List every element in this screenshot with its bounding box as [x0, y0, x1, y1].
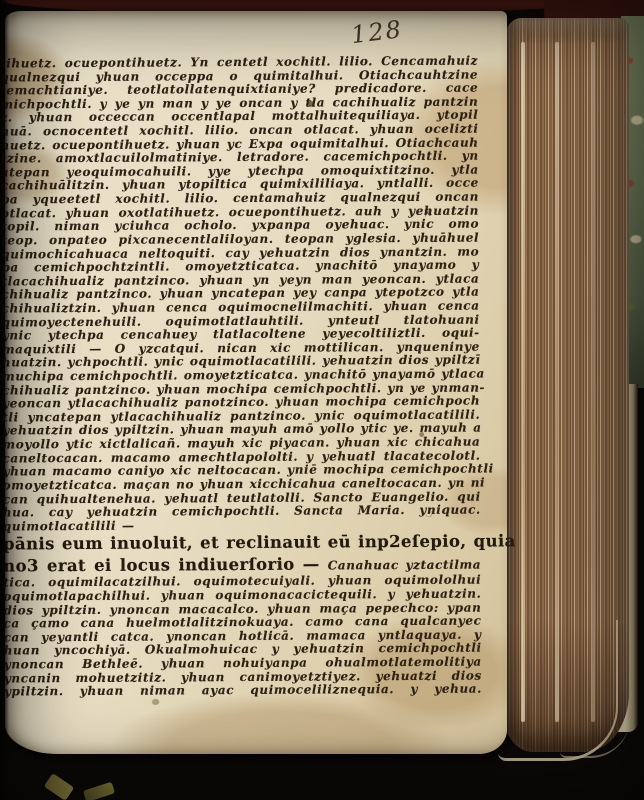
book-fore-edge-pages	[503, 18, 629, 752]
latin-scripture-text: no3 erat ei locus indiuerſorio —	[3, 554, 328, 575]
nahuatl-text: quimotlacatilili —	[3, 518, 135, 533]
binding-gutter-shadow	[0, 0, 9, 800]
manuscript-page-leaf: 128 x 3 tihuetz. ocuepontihuetz. Yn cent…	[5, 11, 507, 754]
folio-number: 128	[350, 13, 423, 49]
manuscript-photo: 128 x 3 tihuetz. ocuepontihuetz. Yn cent…	[0, 0, 644, 800]
bookmark-ribbon	[83, 782, 115, 800]
manuscript-line: hua. cay yehuatzin cemichpochtli. Sancta…	[3, 504, 481, 521]
page-edge-streak	[591, 42, 595, 722]
manuscript-line: ypiltzin. yhuan niman ayac quimocelilizn…	[4, 683, 482, 700]
manuscript-line: pānis eum inuoluit, et reclinauit eū inp…	[3, 531, 481, 555]
nahuatl-text: hua. cay yehuatzin cemichpochtli. Sancta…	[3, 503, 481, 520]
latin-scripture-text: pānis eum inuoluit, et reclinauit eū inp…	[3, 532, 516, 554]
bookmark-ribbon	[44, 773, 75, 800]
manuscript-text-block: tihuetz. ocuepontihuetz. Yn centetl xoch…	[0, 55, 482, 700]
nahuatl-text: Canahuac yztactilma	[328, 557, 482, 572]
page-edge-streak	[521, 42, 525, 722]
nahuatl-text: ypiltzin. yhuan niman ayac quimocelilizn…	[4, 682, 482, 699]
page-edge-streak	[555, 42, 559, 722]
